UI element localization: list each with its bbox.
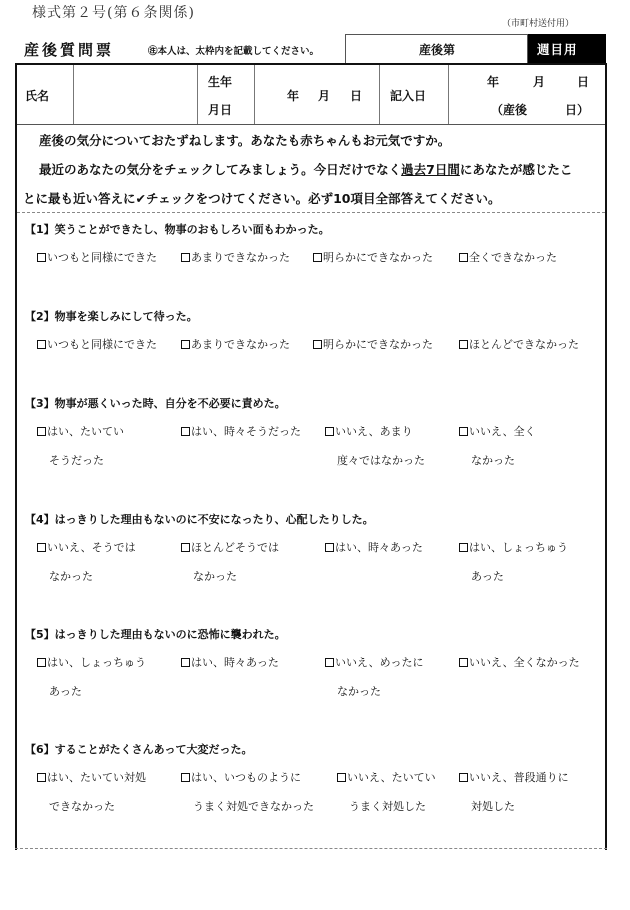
- checkbox-icon[interactable]: [459, 253, 468, 262]
- question-title: 【4】はっきりした理由もないのに不安になったり、心配したりした。: [25, 511, 374, 527]
- option-label: いいえ、たいてい: [347, 771, 436, 784]
- option-label: ほとんどできなかった: [469, 338, 579, 351]
- checkbox-icon[interactable]: [37, 427, 46, 436]
- option-label: あまりできなかった: [191, 251, 290, 264]
- checkbox-icon[interactable]: [37, 253, 46, 262]
- question-title: 【2】物事を楽しみにして待った。: [25, 308, 198, 324]
- intro-line-2: 最近のあなたの気分をチェックしてみましょう。今日だけでなく過去7日間にあなたが感…: [39, 160, 572, 178]
- checkbox-icon[interactable]: [337, 773, 346, 782]
- entry-postpartum-label: （産後: [491, 101, 527, 118]
- checkbox-icon[interactable]: [37, 543, 46, 552]
- entry-year-unit: 年: [487, 73, 499, 90]
- option-label-line-2: 度々ではなかった: [325, 452, 425, 468]
- checkbox-icon[interactable]: [313, 253, 322, 262]
- checkbox-icon[interactable]: [37, 340, 46, 349]
- postpartum-week-field[interactable]: 産後第: [345, 34, 528, 63]
- option-label: はい、たいてい: [47, 425, 124, 438]
- birth-month-unit: 月: [318, 87, 330, 104]
- option-label-line-2: なかった: [37, 568, 136, 584]
- question-title: 【1】笑うことができたし、物事のおもしろい面もわかった。: [25, 221, 330, 237]
- birthdate-label-cell: 生年 月日: [198, 65, 255, 124]
- checkbox-icon[interactable]: [181, 253, 190, 262]
- checkbox-icon[interactable]: [459, 543, 468, 552]
- week-label-box: 週目用: [528, 34, 606, 63]
- intro-line-2a: 最近のあなたの気分をチェックしてみましょう。今日だけでなく: [39, 162, 401, 177]
- checkbox-icon[interactable]: [181, 773, 190, 782]
- option-label: はい、時々あった: [191, 656, 279, 669]
- page-cut-divider: [15, 848, 607, 849]
- option-label-line-2: あった: [37, 683, 146, 699]
- option-label: 明らかにできなかった: [323, 338, 433, 351]
- checkbox-icon[interactable]: [181, 658, 190, 667]
- form-frame: 氏名 生年 月日 年 月 日 記入日 年 月 日 （産後 日） 産後の気分につい…: [15, 63, 607, 850]
- entry-date-label-cell: 記入日: [380, 65, 449, 124]
- question-title: 【5】はっきりした理由もないのに恐怖に襲われた。: [25, 626, 286, 642]
- option-label: いいえ、全くなかった: [469, 656, 580, 669]
- option-checkbox[interactable]: いいえ、全くなかった: [459, 654, 580, 670]
- option-checkbox[interactable]: はい、しょっちゅうあった: [37, 654, 146, 699]
- option-label: いいえ、めったに: [335, 656, 424, 669]
- option-label: はい、いつものように: [191, 771, 301, 784]
- municipality-send-note: （市町村送付用）: [502, 16, 574, 29]
- option-label: いいえ、そうでは: [47, 541, 136, 554]
- entry-day-unit: 日: [577, 73, 589, 90]
- option-label: ほとんどそうでは: [191, 541, 279, 554]
- intro-text: 産後の気分についておたずねします。あなたも赤ちゃんもお元気ですか。 最近のあなた…: [17, 125, 605, 213]
- option-checkbox[interactable]: はい、いつものようにうまく対処できなかった: [181, 769, 314, 814]
- option-checkbox[interactable]: いつもと同様にできた: [37, 249, 157, 265]
- info-table: 氏名 生年 月日 年 月 日 記入日 年 月 日 （産後 日）: [17, 65, 605, 125]
- entry-month-unit: 月: [533, 73, 545, 90]
- option-checkbox[interactable]: いつもと同様にできた: [37, 336, 157, 352]
- option-checkbox[interactable]: 全くできなかった: [459, 249, 557, 265]
- option-label: いつもと同様にできた: [47, 338, 157, 351]
- option-label-line-2: なかった: [325, 683, 424, 699]
- checkbox-icon[interactable]: [37, 773, 46, 782]
- option-checkbox[interactable]: いいえ、あまり度々ではなかった: [325, 423, 425, 468]
- option-checkbox[interactable]: はい、しょっちゅうあった: [459, 539, 568, 584]
- form-reference: 様式第２号(第６条関係): [32, 2, 195, 22]
- option-checkbox[interactable]: いいえ、めったになかった: [325, 654, 424, 699]
- option-checkbox[interactable]: はい、たいていそうだった: [37, 423, 124, 468]
- option-label-line-2: 対処した: [459, 798, 569, 814]
- option-checkbox[interactable]: はい、たいてい対処できなかった: [37, 769, 146, 814]
- option-checkbox[interactable]: ほとんどできなかった: [459, 336, 579, 352]
- option-label: あまりできなかった: [191, 338, 290, 351]
- entry-postpartum-day-unit: 日）: [565, 101, 589, 118]
- birthdate-label-1: 生年: [208, 73, 232, 90]
- option-checkbox[interactable]: 明らかにできなかった: [313, 249, 433, 265]
- checkbox-icon[interactable]: [313, 340, 322, 349]
- entry-date-field[interactable]: 年 月 日 （産後 日）: [449, 65, 605, 124]
- intro-line-1: 産後の気分についておたずねします。あなたも赤ちゃんもお元気ですか。: [39, 131, 450, 149]
- checkbox-icon[interactable]: [325, 543, 334, 552]
- option-label: はい、しょっちゅう: [469, 541, 568, 554]
- birth-day-unit: 日: [350, 87, 362, 104]
- option-checkbox[interactable]: ほとんどそうではなかった: [181, 539, 279, 584]
- intro-line-3: とに最も近い答えに✔チェックをつけてください。必ず10項目全部答えてください。: [23, 189, 501, 207]
- intro-line-2b: にあなたが感じたこ: [460, 162, 573, 177]
- checkbox-icon[interactable]: [325, 658, 334, 667]
- option-checkbox[interactable]: いいえ、そうではなかった: [37, 539, 136, 584]
- birth-year-unit: 年: [287, 87, 299, 104]
- option-label: 明らかにできなかった: [323, 251, 433, 264]
- option-label: いつもと同様にできた: [47, 251, 157, 264]
- option-label: はい、時々あった: [335, 541, 423, 554]
- checkbox-icon[interactable]: [181, 543, 190, 552]
- checkbox-icon[interactable]: [459, 340, 468, 349]
- birthdate-label-2: 月日: [208, 101, 232, 118]
- checkbox-icon[interactable]: [181, 427, 190, 436]
- option-label: いいえ、全く: [469, 425, 536, 438]
- option-label: はい、しょっちゅう: [47, 656, 146, 669]
- question-title: 【3】物事が悪くいった時、自分を不必要に責めた。: [25, 395, 286, 411]
- checkbox-icon[interactable]: [459, 427, 468, 436]
- option-label-line-2: うまく対処した: [337, 798, 436, 814]
- option-label: 全くできなかった: [469, 251, 557, 264]
- option-label: いいえ、普段通りに: [469, 771, 569, 784]
- option-label-line-2: あった: [459, 568, 568, 584]
- week-label: 週目用: [537, 40, 578, 58]
- option-label-line-2: なかった: [459, 452, 536, 468]
- option-checkbox[interactable]: いいえ、普段通りに対処した: [459, 769, 569, 814]
- option-label-line-2: うまく対処できなかった: [181, 798, 314, 814]
- option-checkbox[interactable]: はい、時々そうだった: [181, 423, 301, 439]
- option-checkbox[interactable]: はい、時々あった: [181, 654, 279, 670]
- title-row: 産後質問票 ㊟本人は、太枠内を記載してください。 産後第 週目用: [16, 34, 606, 63]
- checkbox-icon[interactable]: [459, 658, 468, 667]
- option-label: はい、たいてい対処: [47, 771, 146, 784]
- instruction-note: ㊟本人は、太枠内を記載してください。: [148, 43, 319, 57]
- question-title: 【6】することがたくさんあって大変だった。: [25, 741, 253, 757]
- name-field[interactable]: [74, 65, 198, 124]
- past-7-days-emphasis: 過去7日間: [401, 162, 460, 177]
- checkbox-icon[interactable]: [459, 773, 468, 782]
- option-label-line-2: できなかった: [37, 798, 146, 814]
- option-label: はい、時々そうだった: [191, 425, 301, 438]
- checkbox-icon[interactable]: [37, 658, 46, 667]
- birthdate-field[interactable]: 年 月 日: [255, 65, 380, 124]
- document-title: 産後質問票: [24, 39, 114, 60]
- entry-date-label: 記入日: [390, 87, 426, 104]
- option-checkbox[interactable]: いいえ、たいていうまく対処した: [337, 769, 436, 814]
- option-checkbox[interactable]: あまりできなかった: [181, 336, 290, 352]
- postpartum-label: 産後第: [419, 41, 455, 58]
- option-label-line-2: そうだった: [37, 452, 124, 468]
- option-checkbox[interactable]: はい、時々あった: [325, 539, 423, 555]
- option-checkbox[interactable]: あまりできなかった: [181, 249, 290, 265]
- option-label: いいえ、あまり: [335, 425, 413, 438]
- option-checkbox[interactable]: 明らかにできなかった: [313, 336, 433, 352]
- option-checkbox[interactable]: いいえ、全くなかった: [459, 423, 536, 468]
- checkbox-icon[interactable]: [325, 427, 334, 436]
- name-label-cell: 氏名: [17, 65, 74, 124]
- checkbox-icon[interactable]: [181, 340, 190, 349]
- option-label-line-2: なかった: [181, 568, 279, 584]
- name-label: 氏名: [25, 87, 49, 104]
